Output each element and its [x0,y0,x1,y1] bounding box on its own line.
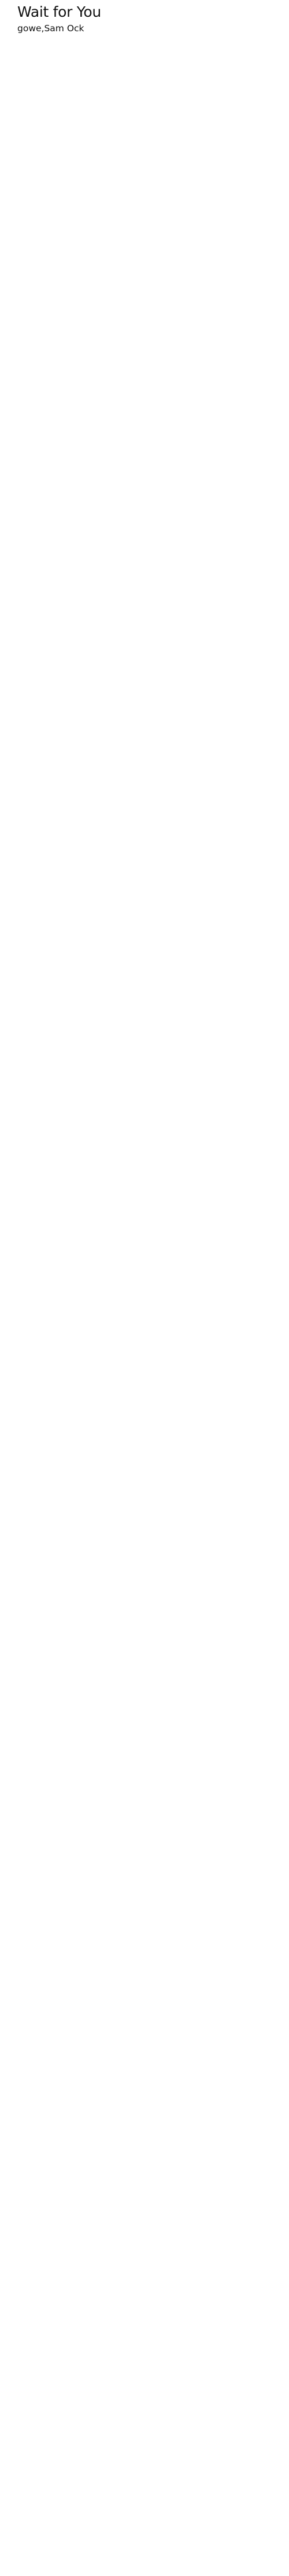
lyrics-page: Wait for You gowe,Sam Ock [17,0,289,42]
artist-name: gowe,Sam Ock [17,22,289,35]
song-title: Wait for You [17,2,289,22]
